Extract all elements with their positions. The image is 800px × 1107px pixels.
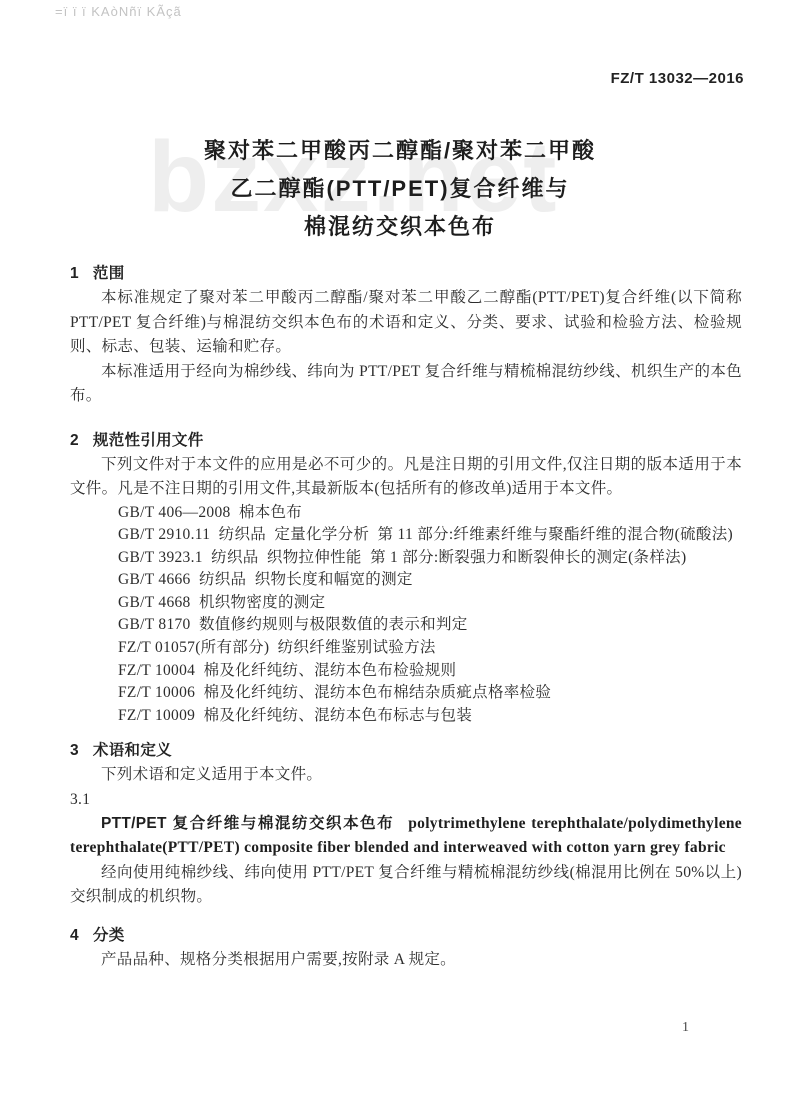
section-2-heading: 2规范性引用文件 bbox=[70, 429, 742, 453]
section-4-number: 4 bbox=[70, 924, 79, 948]
scope-paragraph-1: 本标准规定了聚对苯二甲酸丙二醇酯/聚对苯二甲酸乙二醇酯(PTT/PET)复合纤维… bbox=[70, 286, 742, 360]
term-chinese: PTT/PET 复合纤维与棉混纺交织本色布 bbox=[101, 815, 394, 832]
standard-code: FZ/T 13032—2016 bbox=[611, 70, 744, 87]
reference-item: GB/T 8170 数值修约规则与极限数值的表示和判定 bbox=[118, 614, 742, 637]
title-line-3: 棉混纺交织本色布 bbox=[0, 208, 800, 246]
reference-item: GB/T 3923.1 纺织品 织物拉伸性能 第 1 部分:断裂强力和断裂伸长的… bbox=[118, 547, 742, 570]
reference-item: FZ/T 10004 棉及化纤纯纺、混纺本色布检验规则 bbox=[118, 660, 742, 683]
reference-item: GB/T 4666 纺织品 织物长度和幅宽的测定 bbox=[118, 569, 742, 592]
normative-references-intro: 下列文件对于本文件的应用是必不可少的。凡是注日期的引用文件,仅注日期的版本适用于… bbox=[70, 453, 742, 502]
page-number: 1 bbox=[682, 1020, 689, 1036]
section-1-title: 范围 bbox=[93, 265, 125, 282]
title-line-1: 聚对苯二甲酸丙二醇酯/聚对苯二甲酸 bbox=[0, 132, 800, 170]
section-2-number: 2 bbox=[70, 429, 79, 453]
reference-item: FZ/T 10009 棉及化纤纯纺、混纺本色布标志与包装 bbox=[118, 705, 742, 728]
document-title: 聚对苯二甲酸丙二醇酯/聚对苯二甲酸 乙二醇酯(PTT/PET)复合纤维与 棉混纺… bbox=[0, 132, 800, 246]
title-line-2: 乙二醇酯(PTT/PET)复合纤维与 bbox=[0, 170, 800, 208]
scan-artifact-text: =ï ï ï KAòNñï KÃçã bbox=[55, 4, 182, 19]
subsection-3-1-number: 3.1 bbox=[70, 788, 742, 812]
section-1-number: 1 bbox=[70, 262, 79, 286]
normative-references-list: GB/T 406—2008 棉本色布 GB/T 2910.11 纺织品 定量化学… bbox=[70, 502, 742, 728]
classification-paragraph: 产品品种、规格分类根据用户需要,按附录 A 规定。 bbox=[70, 948, 742, 973]
section-2-title: 规范性引用文件 bbox=[93, 432, 204, 449]
terms-intro: 下列术语和定义适用于本文件。 bbox=[70, 763, 742, 788]
section-4-heading: 4分类 bbox=[70, 924, 742, 948]
reference-item: GB/T 2910.11 纺织品 定量化学分析 第 11 部分:纤维素纤维与聚酯… bbox=[118, 524, 742, 547]
reference-item: GB/T 4668 机织物密度的测定 bbox=[118, 592, 742, 615]
reference-item: FZ/T 10006 棉及化纤纯纺、混纺本色布棉结杂质疵点格率检验 bbox=[118, 682, 742, 705]
section-4-title: 分类 bbox=[93, 927, 125, 944]
scope-paragraph-2: 本标准适用于经向为棉纱线、纬向为 PTT/PET 复合纤维与精梳棉混纺纱线、机织… bbox=[70, 360, 742, 409]
reference-item: FZ/T 01057(所有部分) 纺织纤维鉴别试验方法 bbox=[118, 637, 742, 660]
term-entry: PTT/PET 复合纤维与棉混纺交织本色布polytrimethylene te… bbox=[70, 812, 742, 861]
section-1-heading: 1范围 bbox=[70, 262, 742, 286]
section-3-title: 术语和定义 bbox=[93, 742, 172, 759]
document-page: =ï ï ï KAòNñï KÃçã FZ/T 13032—2016 bzxz.… bbox=[0, 0, 800, 1107]
document-body: 1范围 本标准规定了聚对苯二甲酸丙二醇酯/聚对苯二甲酸乙二醇酯(PTT/PET)… bbox=[70, 250, 742, 972]
section-3-number: 3 bbox=[70, 739, 79, 763]
term-definition: 经向使用纯棉纱线、纬向使用 PTT/PET 复合纤维与精梳棉混纺纱线(棉混用比例… bbox=[70, 861, 742, 910]
section-3-heading: 3术语和定义 bbox=[70, 739, 742, 763]
reference-item: GB/T 406—2008 棉本色布 bbox=[118, 502, 742, 525]
